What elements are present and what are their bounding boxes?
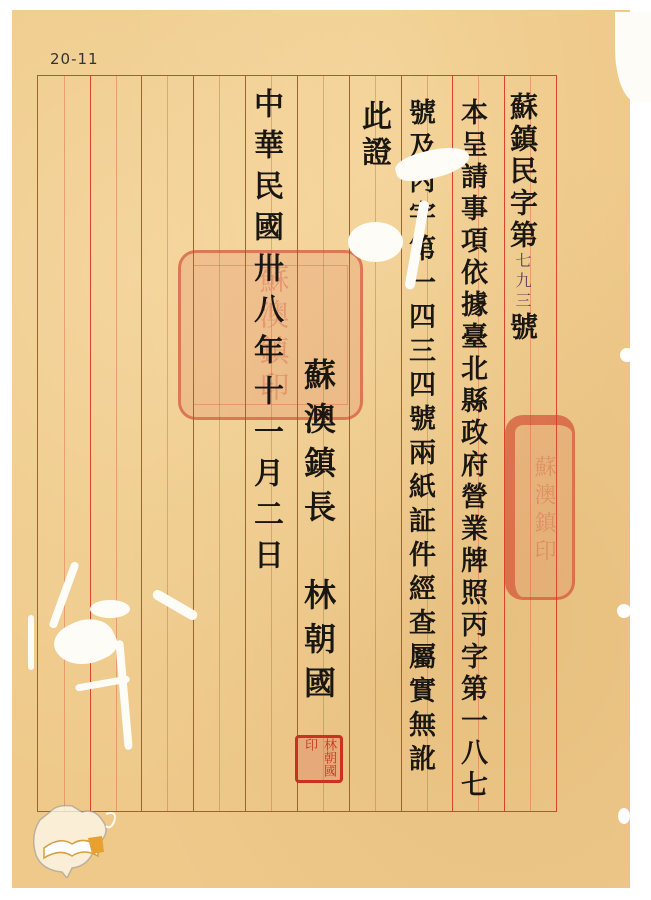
mayor-signature: 蘇澳鎮長 林朝國 bbox=[302, 358, 334, 710]
certification-text: 此證 bbox=[358, 100, 388, 172]
official-seal-right: 蘇澳鎮印 bbox=[505, 415, 575, 600]
personal-seal: 林朝國印 bbox=[295, 735, 343, 783]
paper-damage bbox=[348, 222, 403, 262]
grid-line bbox=[193, 75, 194, 812]
grid-line bbox=[90, 75, 91, 812]
document-number-prefix: 蘇鎮民字第 bbox=[506, 92, 539, 252]
grid-line bbox=[141, 75, 142, 812]
punch-hole bbox=[617, 604, 631, 618]
document-number-suffix: 號 bbox=[506, 312, 539, 344]
grid-line bbox=[245, 75, 246, 812]
document-number-column: 蘇鎮民字第七九三號 bbox=[508, 92, 536, 344]
grid-line-faint bbox=[375, 75, 376, 812]
punch-hole bbox=[618, 808, 630, 824]
paper-damage bbox=[28, 615, 34, 670]
document-number-value: 七九三 bbox=[513, 252, 532, 312]
seal-text: 林朝國印 bbox=[298, 738, 340, 780]
seal-text: 蘇澳鎮印 bbox=[515, 425, 572, 597]
body-text-column-1: 本呈請事項依據臺北縣政府營業牌照丙字第一八七 bbox=[458, 98, 485, 802]
body-text-column-2: 號及丙字第一四三四號兩紙証件經查屬實無訛 bbox=[406, 98, 433, 778]
grid-line bbox=[349, 75, 350, 812]
page-number: 20-11 bbox=[50, 50, 99, 68]
document-date: 中華民國卅八年十一月二日 bbox=[250, 88, 280, 580]
paper-damage bbox=[90, 600, 130, 618]
grid-line-faint bbox=[116, 75, 117, 812]
grid-line bbox=[452, 75, 453, 812]
punch-hole bbox=[620, 348, 634, 362]
grid-line bbox=[401, 75, 402, 812]
grid-line-faint bbox=[219, 75, 220, 812]
grid-line-faint bbox=[64, 75, 65, 812]
grid-line bbox=[297, 75, 298, 812]
archive-logo-icon bbox=[22, 800, 122, 878]
grid-line-faint bbox=[167, 75, 168, 812]
